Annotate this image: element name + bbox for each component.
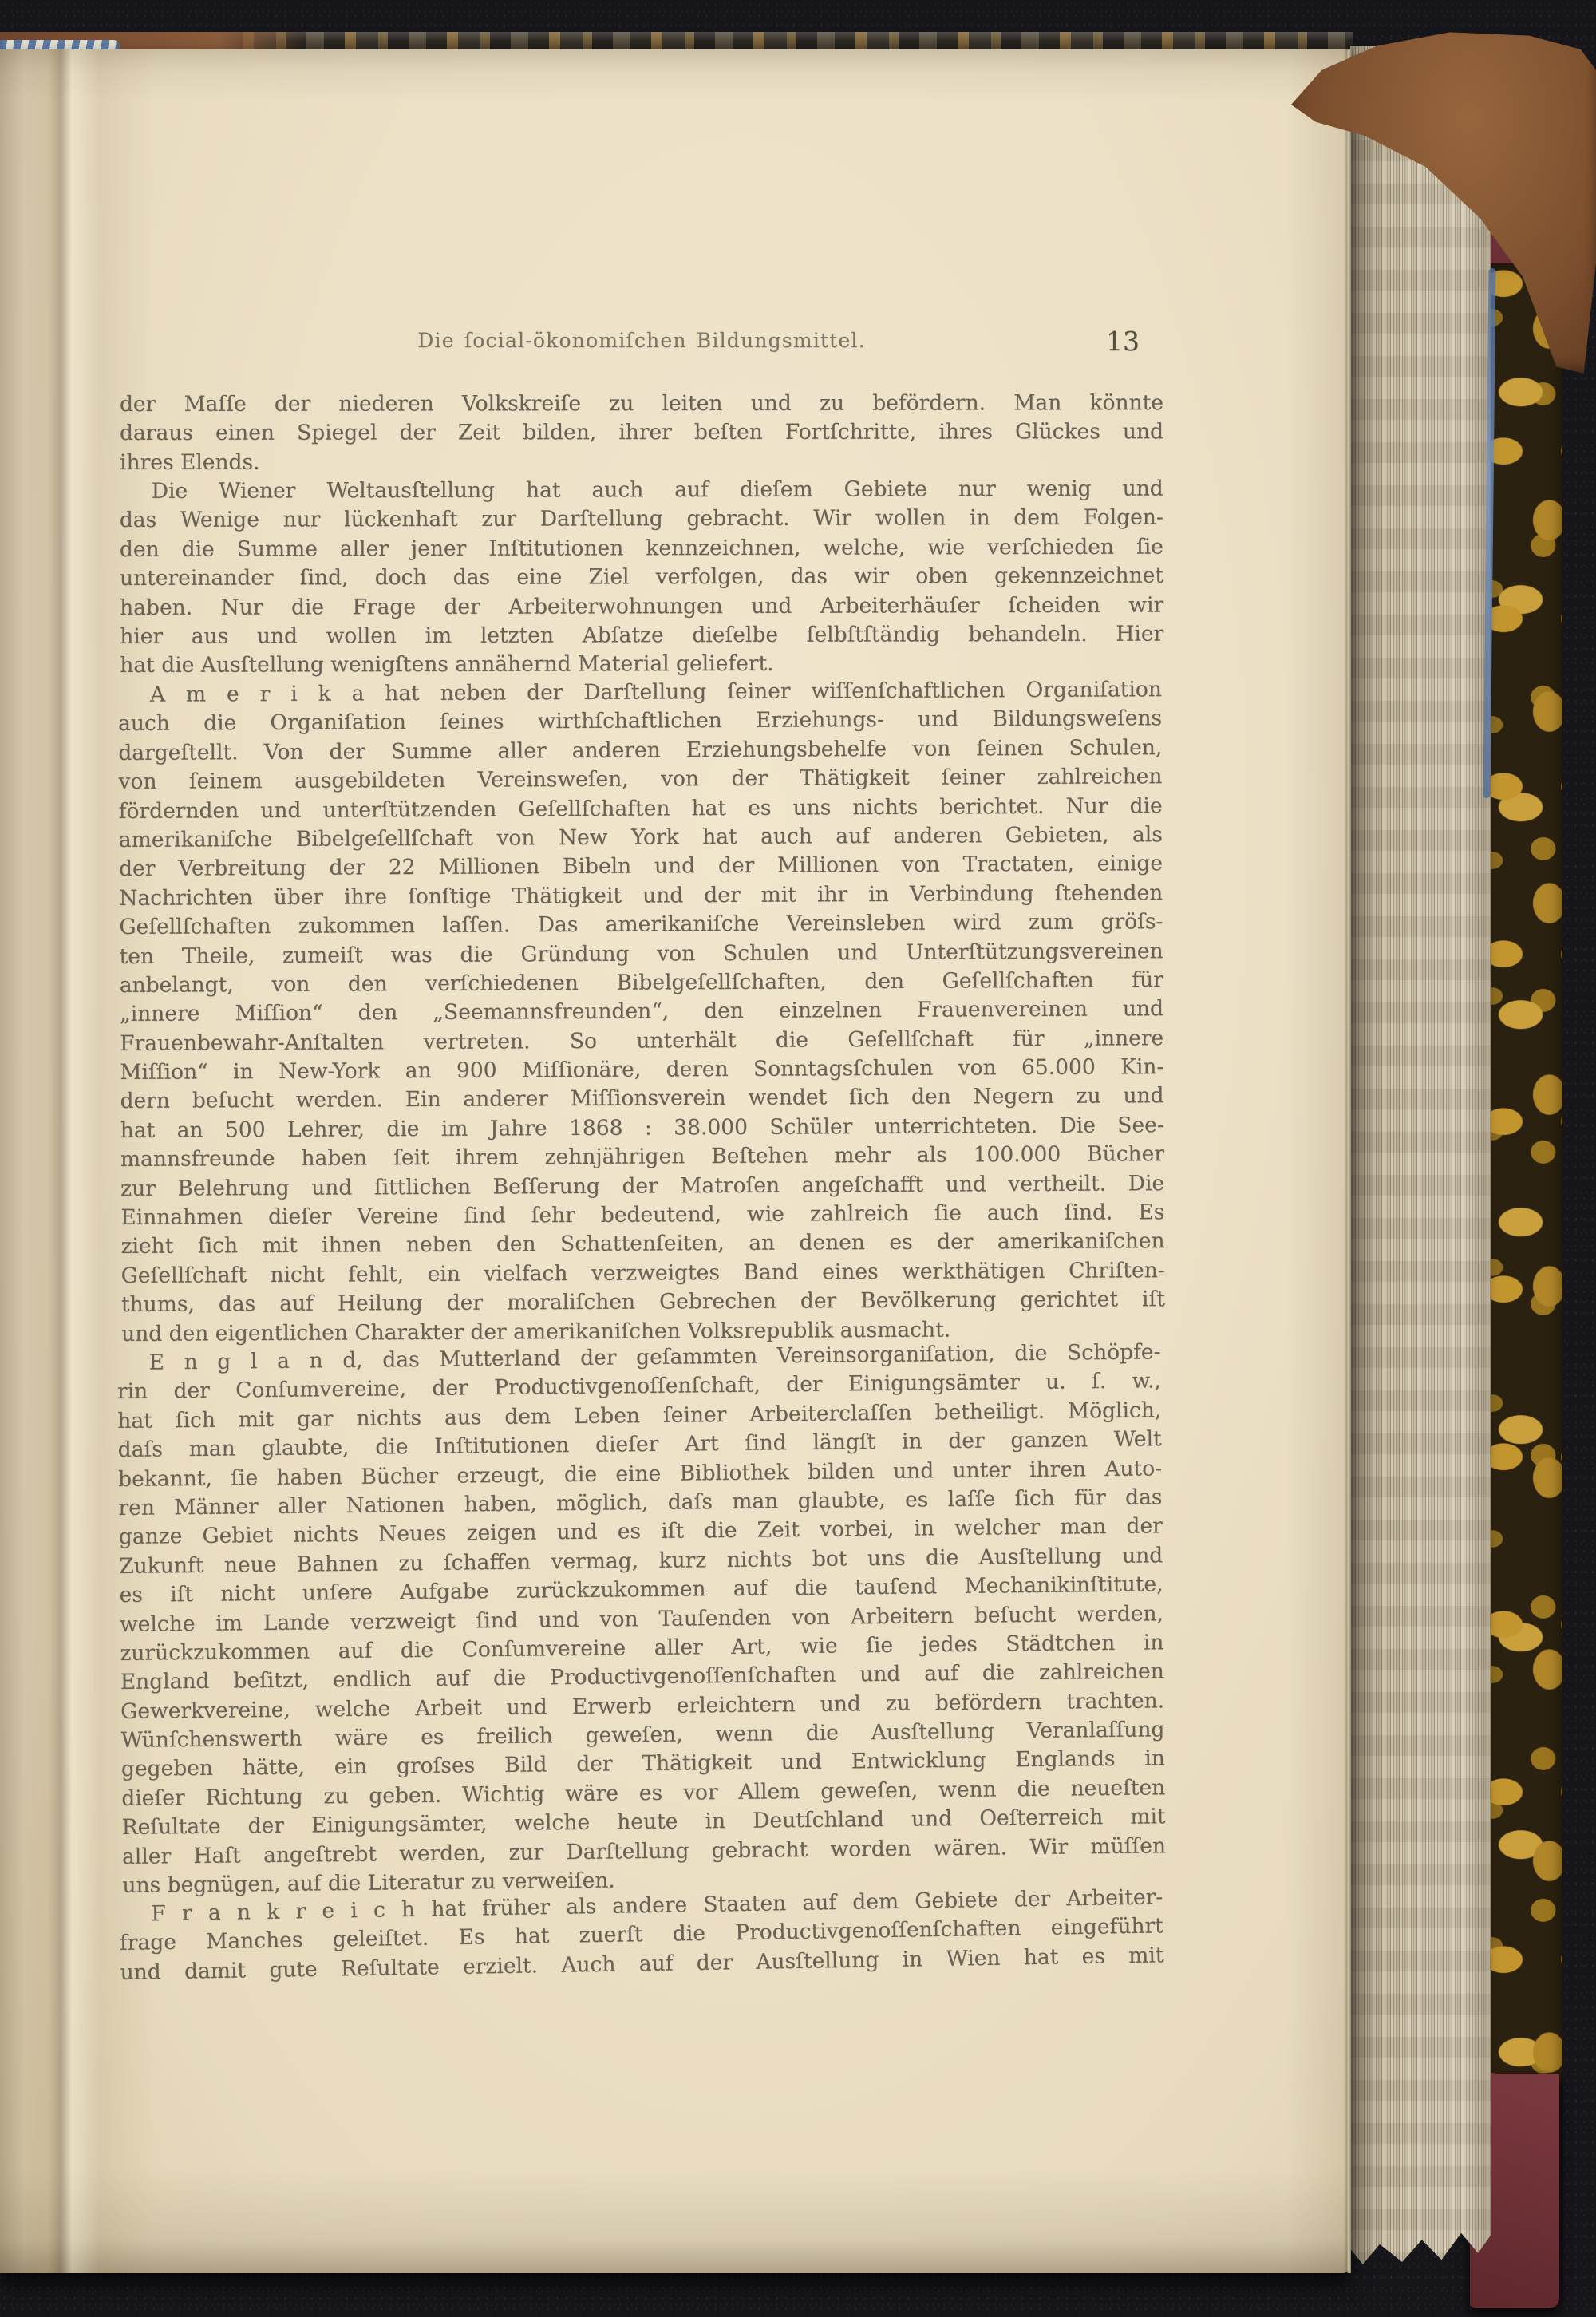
text-line: der Verbreitung der 22 Millionen Bibeln … [119,849,1163,884]
page-header: Die ſocial-ökonomiſchen Bildungsmittel. … [120,326,1163,361]
text-line: mannsfreunde haben ſeit ihrem zehnjährig… [120,1140,1164,1174]
page-edge-rim [1344,49,1351,2273]
text-line: daraus einen Spiegel der Zeit bilden, ih… [120,418,1163,449]
text-line: von ſeinem ausgebildeten Vereinsweſen, v… [118,762,1162,797]
text-line: Geſellſchaften zukommen laſſen. Das amer… [119,907,1163,942]
body-text: der Maſſe der niederen Volkskreiſe zu le… [120,390,1163,1987]
photo-background: { "colors": { "paper": "#ece0c6", "ink":… [0,0,1596,2317]
paragraph: F r a n k r e i c h hat früher als ander… [119,1884,1164,1988]
paragraph: der Maſſe der niederen Volkskreiſe zu le… [120,389,1163,477]
text-line: das Wenige nur lückenhaft zur Darſtellun… [120,504,1163,536]
text-line: untereinander ſind, doch das eine Ziel v… [120,562,1163,594]
page-number: 13 [1106,326,1140,357]
text-line: der Maſſe der niederen Volkskreiſe zu le… [120,389,1163,419]
text-line: „innere Miſſion“ den „Seemannsfreunden“,… [120,994,1163,1029]
text-line: thums, das auf Heilung der moraliſchen G… [121,1285,1165,1319]
text-line: ihres Elends. [120,447,1163,477]
text-line: Die Wiener Weltausſtellung hat auch auf … [120,475,1163,507]
running-title: Die ſocial-ökonomiſchen Bildungsmittel. [120,329,1163,352]
text-line: haben. Nur die Frage der Arbeiterwohnung… [120,591,1163,623]
marbled-cover-paper [1484,263,1562,2091]
paragraph: E n g l a n d, das Mutterland der geſamm… [117,1338,1166,1900]
text-line: hier aus und wollen im letzten Abſatze d… [120,620,1163,652]
book-page: Die ſocial-ökonomiſchen Bildungsmittel. … [0,49,1350,2273]
text-line: den die Summe aller jener Inſtitutionen … [120,533,1163,565]
paragraph: Die Wiener Weltausſtellung hat auch auf … [120,475,1164,681]
page-fore-edge-stack [1350,46,1491,2273]
paragraph: A m e r i k a hat neben der Darſtellung … [118,675,1165,1349]
